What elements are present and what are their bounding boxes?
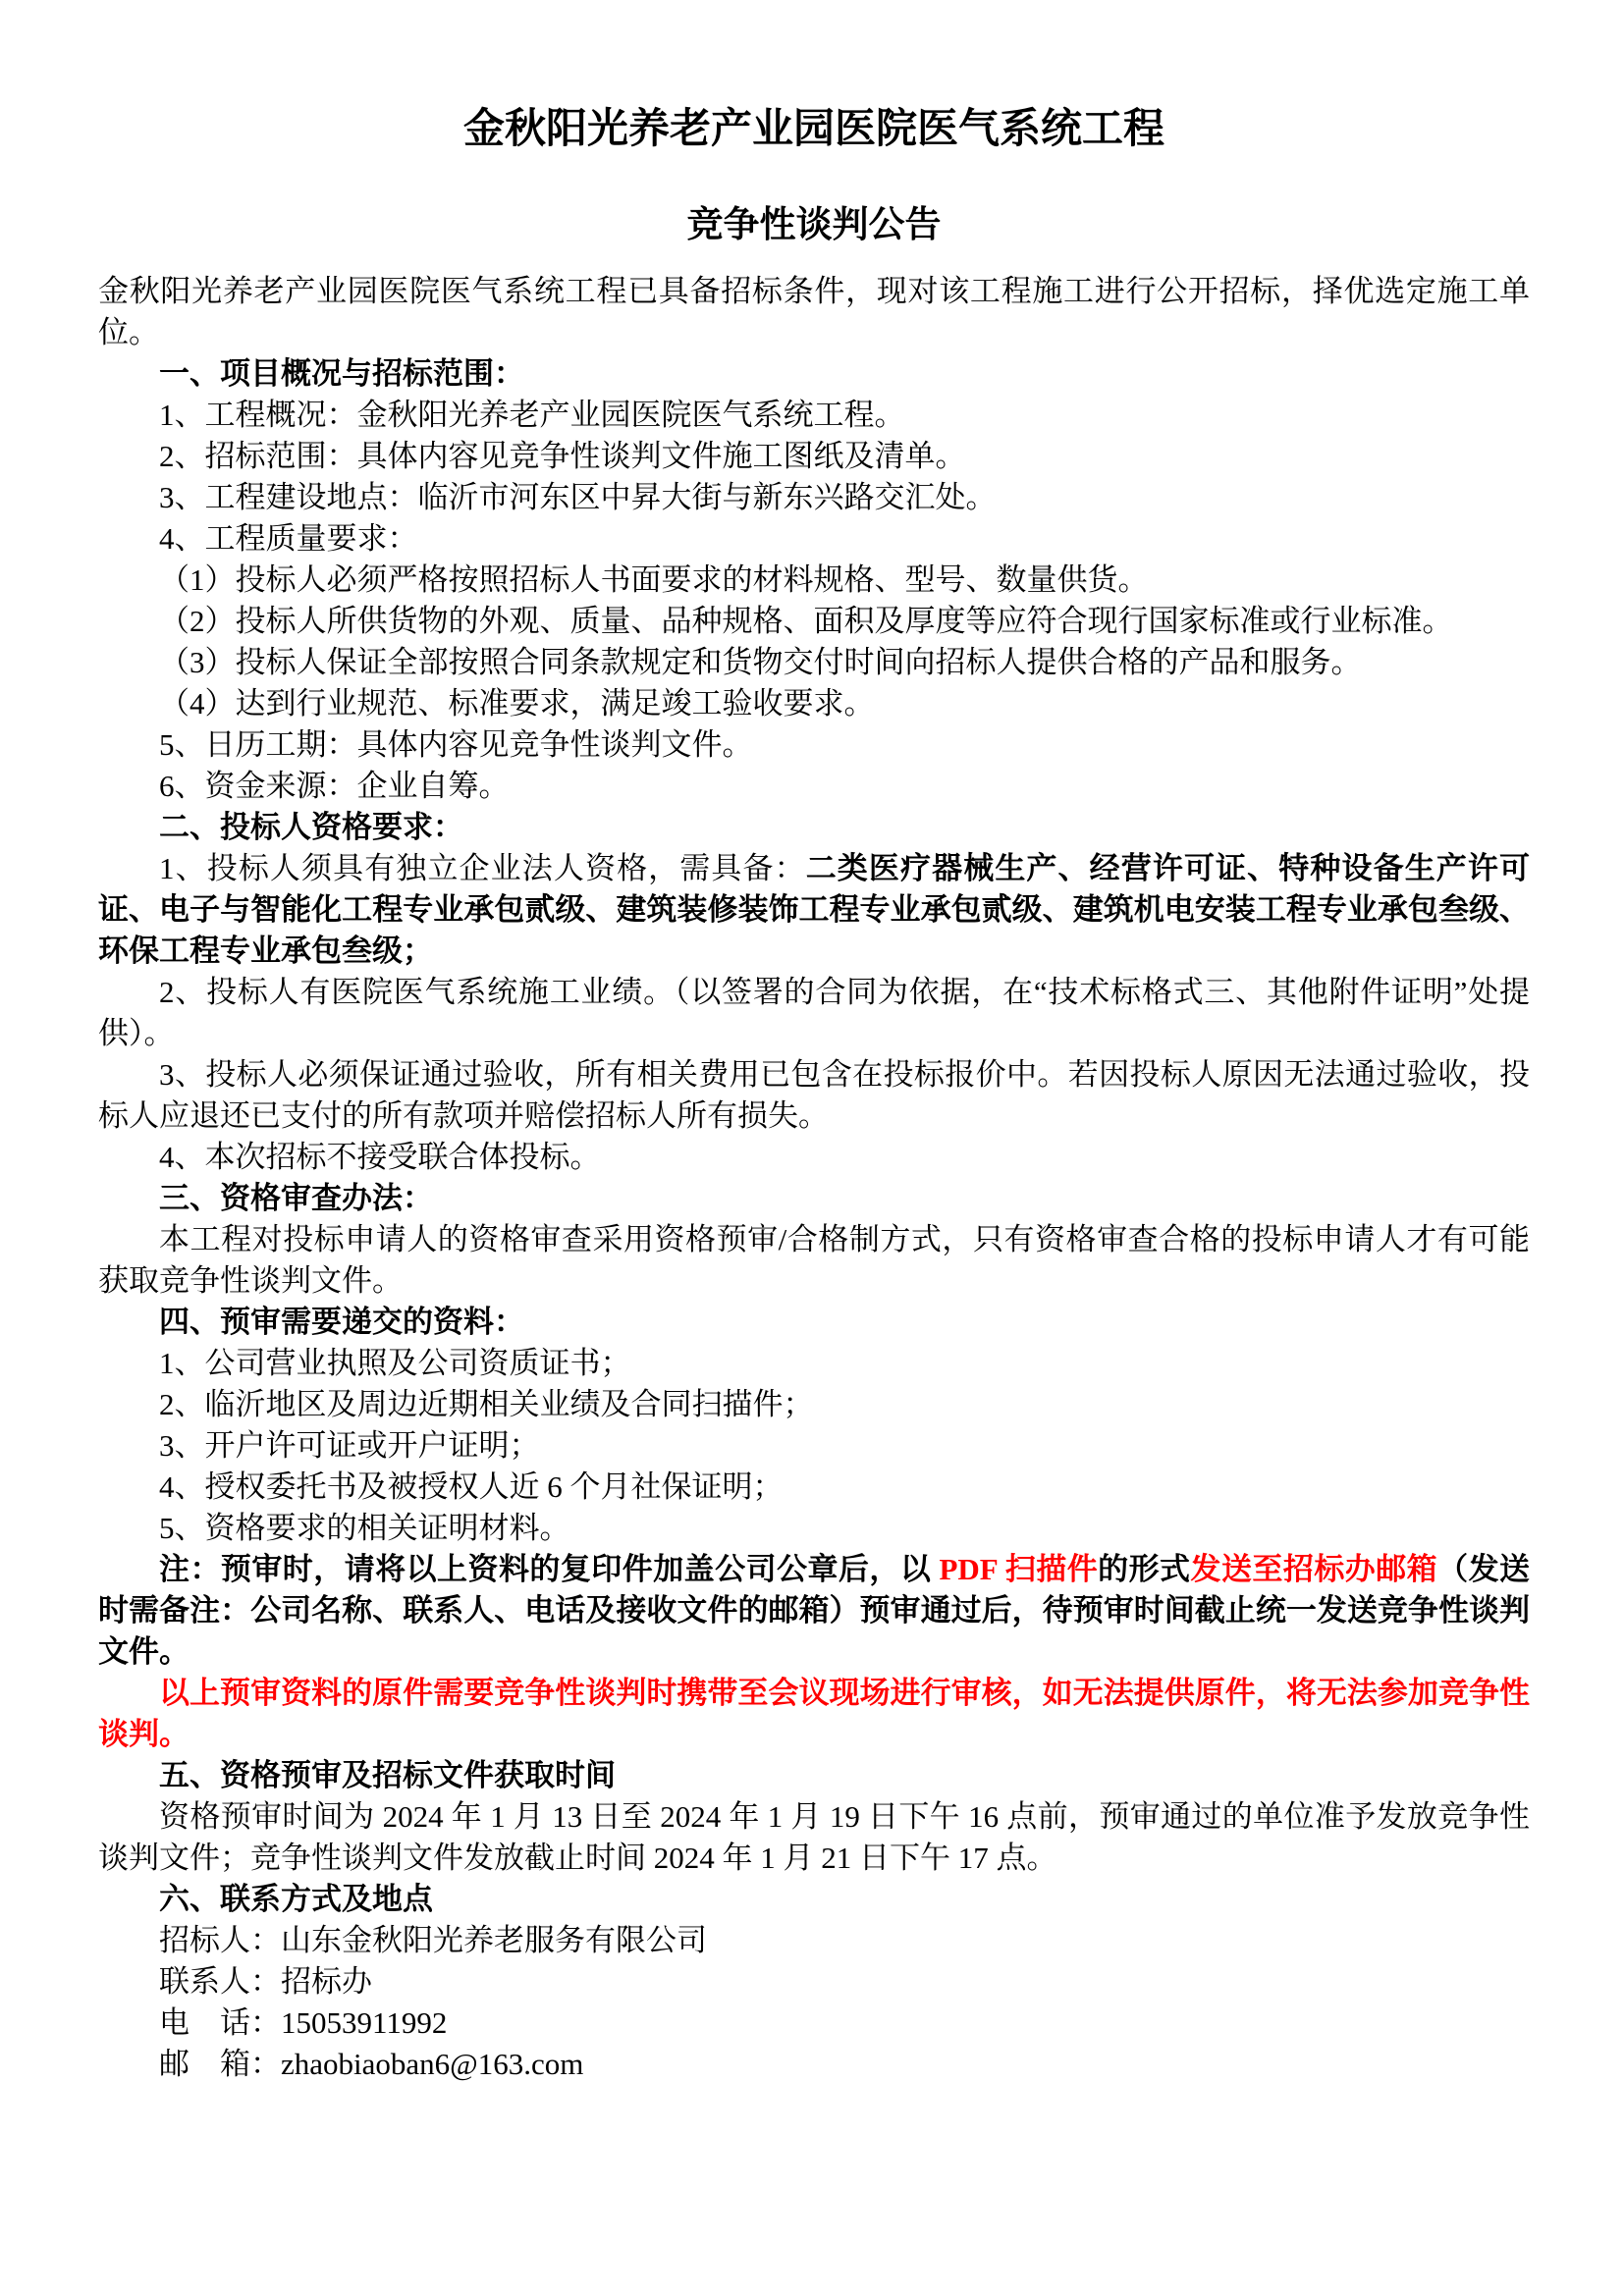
contact-person-line: 联系人：招标办 — [98, 1961, 1530, 2002]
section-5-heading: 五、资格预审及招标文件获取时间 — [98, 1755, 1530, 1796]
phone-line: 电 话：15053911992 — [98, 2002, 1530, 2044]
section-4-item-1: 1、公司营业执照及公司资质证书； — [98, 1343, 1530, 1384]
section-3-body: 本工程对投标申请人的资格审查采用资格预审/合格制方式，只有资格审查合格的投标申请… — [98, 1219, 1530, 1302]
section-2-item-1-lead: 1、投标人须具有独立企业法人资格，需具备： — [159, 851, 806, 885]
section-1-item-1: 1、工程概况：金秋阳光养老产业园医院医气系统工程。 — [98, 395, 1530, 436]
section-2-heading: 二、投标人资格要求： — [98, 807, 1530, 848]
tenderer-line: 招标人：山东金秋阳光养老服务有限公司 — [98, 1920, 1530, 1961]
section-1-item-5: 5、日历工期：具体内容见竞争性谈判文件。 — [98, 724, 1530, 766]
section-1-item-3: 3、工程建设地点：临沂市河东区中昇大街与新东兴路交汇处。 — [98, 477, 1530, 518]
page-subtitle: 竞争性谈判公告 — [98, 202, 1530, 249]
section-4-item-3: 3、开户许可证或开户证明； — [98, 1425, 1530, 1467]
document-content: 金秋阳光养老产业园医院医气系统工程 竞争性谈判公告 金秋阳光养老产业园医院医气系… — [0, 0, 1624, 2085]
note-run-4-send-to-mailbox: 发送至招标办邮箱 — [1191, 1552, 1438, 1586]
document-page: 金秋阳光养老产业园医院医气系统工程 竞争性谈判公告 金秋阳光养老产业园医院医气系… — [0, 0, 1624, 2296]
section-4-item-4: 4、授权委托书及被授权人近 6 个月社保证明； — [98, 1467, 1530, 1508]
section-3-heading: 三、资格审查办法： — [98, 1178, 1530, 1219]
section-4-item-2: 2、临沂地区及周边近期相关业绩及合同扫描件； — [98, 1384, 1530, 1425]
section-2-item-3: 3、投标人必须保证通过验收，所有相关费用已包含在投标报价中。若因投标人原因无法通… — [98, 1054, 1530, 1137]
note-paragraph: 注：预审时，请将以上资料的复印件加盖公司公章后，以 PDF 扫描件的形式发送至招… — [98, 1549, 1530, 1673]
section-2-item-2: 2、投标人有医院医气系统施工业绩。（以签署的合同为依据，在“技术标格式三、其他附… — [98, 972, 1530, 1054]
note-run-1: 注：预审时，请将以上资料的复印件加盖公司公章后，以 — [159, 1552, 939, 1586]
section-1-item-2: 2、招标范围：具体内容见竞争性谈判文件施工图纸及清单。 — [98, 436, 1530, 477]
section-6-heading: 六、联系方式及地点 — [98, 1879, 1530, 1920]
section-1-heading: 一、项目概况与招标范围： — [98, 353, 1530, 395]
section-1-sub-4: （4）达到行业规范、标准要求，满足竣工验收要求。 — [98, 683, 1530, 724]
page-title: 金秋阳光养老产业园医院医气系统工程 — [98, 102, 1530, 157]
warning-line: 以上预审资料的原件需要竞争性谈判时携带至会议现场进行审核，如无法提供原件，将无法… — [98, 1673, 1530, 1755]
section-1-sub-1: （1）投标人必须严格按照招标人书面要求的材料规格、型号、数量供货。 — [98, 560, 1530, 601]
section-1-item-4: 4、工程质量要求： — [98, 518, 1530, 560]
section-1-sub-3: （3）投标人保证全部按照合同条款规定和货物交付时间向招标人提供合格的产品和服务。 — [98, 642, 1530, 683]
note-run-2-pdf-scan: PDF 扫描件 — [939, 1552, 1098, 1586]
intro-paragraph: 金秋阳光养老产业园医院医气系统工程已具备招标条件，现对该工程施工进行公开招标，择… — [98, 271, 1530, 353]
section-2-item-1: 1、投标人须具有独立企业法人资格，需具备：二类医疗器械生产、经营许可证、特种设备… — [98, 848, 1530, 972]
section-2-item-4: 4、本次招标不接受联合体投标。 — [98, 1137, 1530, 1178]
section-4-item-5: 5、资格要求的相关证明材料。 — [98, 1508, 1530, 1549]
section-5-body: 资格预审时间为 2024 年 1 月 13 日至 2024 年 1 月 19 日… — [98, 1796, 1530, 1879]
note-run-3: 的形式 — [1098, 1552, 1190, 1586]
section-1-sub-2: （2）投标人所供货物的外观、质量、品种规格、面积及厚度等应符合现行国家标准或行业… — [98, 601, 1530, 642]
section-4-heading: 四、预审需要递交的资料： — [98, 1302, 1530, 1343]
section-1-item-6: 6、资金来源：企业自筹。 — [98, 766, 1530, 807]
email-line: 邮 箱：zhaobiaoban6@163.com — [98, 2044, 1530, 2085]
